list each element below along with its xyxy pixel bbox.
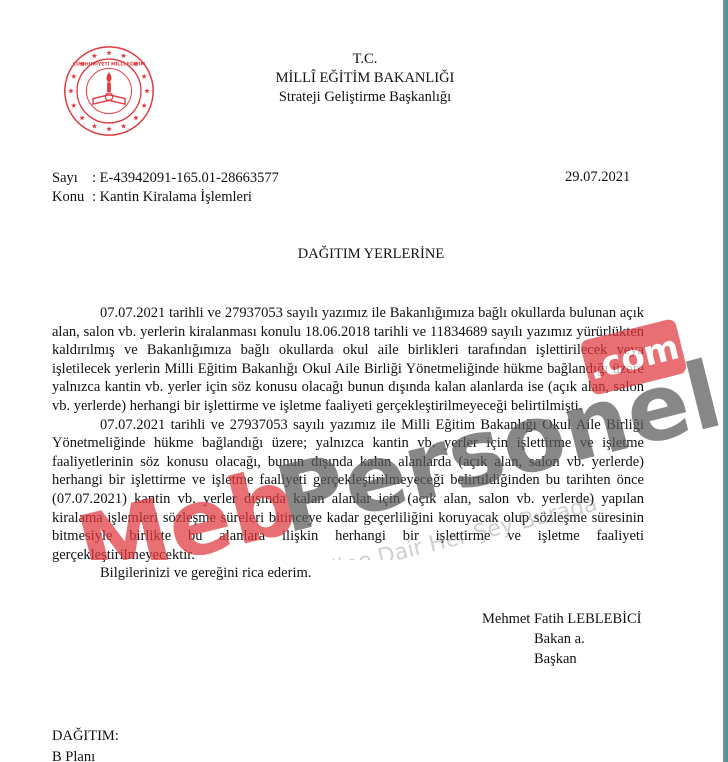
meb-emblem-icon: CUMHURİYETİ MİLLÎ EĞİTİM	[62, 44, 156, 138]
signature-block: Mehmet Fatih LEBLEBİCİ Bakan a. Başkan	[482, 609, 641, 669]
konu-row: Konu: Kantin Kiralama İşlemleri	[52, 188, 252, 207]
distribution-item: B Planı	[52, 747, 119, 762]
body-paragraph-1: 07.07.2021 tarihli ve 27937053 sayılı ya…	[52, 304, 644, 416]
letterhead: T.C. MİLLÎ EĞİTİM BAKANLIĞI Strateji Gel…	[240, 50, 490, 107]
letterhead-department: Strateji Geliştirme Başkanlığı	[240, 88, 490, 107]
distribution-block: DAĞITIM: B Planı	[52, 726, 119, 762]
letter-body: 07.07.2021 tarihli ve 27937053 sayılı ya…	[52, 304, 644, 583]
sayi-value: : E-43942091-165.01-28663577	[92, 170, 279, 186]
body-paragraph-2: 07.07.2021 tarihli ve 27937053 sayılı ya…	[52, 416, 644, 565]
distribution-label: DAĞITIM:	[52, 726, 119, 747]
signer-title-2: Başkan	[482, 649, 641, 669]
konu-value: : Kantin Kiralama İşlemleri	[92, 189, 252, 205]
letterhead-line1: T.C.	[240, 50, 490, 69]
sayi-row: Sayı: E-43942091-165.01-28663577	[52, 169, 279, 188]
window-edge-border	[723, 0, 728, 762]
signer-name: Mehmet Fatih LEBLEBİCİ	[482, 609, 641, 629]
document-date: 29.07.2021	[565, 169, 630, 186]
body-paragraph-3: Bilgilerinizi ve gereğini rica ederim.	[52, 564, 644, 583]
recipient-text: DAĞITIM YERLERİNE	[298, 246, 444, 262]
svg-text:CUMHURİYETİ MİLLÎ EĞİTİM: CUMHURİYETİ MİLLÎ EĞİTİM	[73, 60, 146, 68]
signer-title-1: Bakan a.	[482, 629, 641, 649]
recipient-heading: DAĞITIM YERLERİNE	[0, 246, 728, 263]
sayi-label: Sayı	[52, 169, 92, 188]
letterhead-ministry: MİLLÎ EĞİTİM BAKANLIĞI	[240, 69, 490, 88]
konu-label: Konu	[52, 188, 92, 207]
